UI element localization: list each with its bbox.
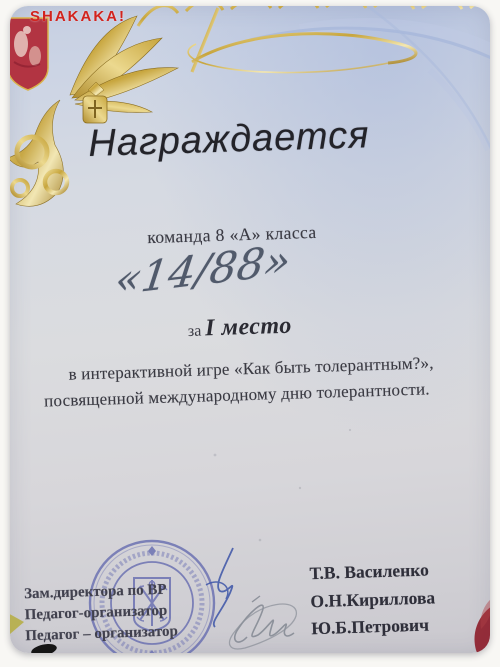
- signatory-name: Т.В. Василенко: [309, 556, 435, 587]
- certificate-paper: Награждается команда 8 «А» класса «14/88…: [10, 6, 490, 653]
- certificate-photo: Награждается команда 8 «А» класса «14/88…: [0, 0, 500, 667]
- signatory-name: Ю.Б.Петрович: [311, 611, 437, 642]
- watermark: SHAKAKA!: [30, 8, 126, 25]
- certificate-content: Награждается команда 8 «А» класса «14/88…: [10, 6, 490, 653]
- place-line: за I место: [10, 307, 480, 349]
- signatory-titles: Зам.директора по ВР Педагог-организатор …: [24, 579, 178, 647]
- signatory-title: Педагог – организатор: [25, 621, 178, 647]
- place-prefix: за: [188, 323, 202, 340]
- award-heading: Награждается: [10, 111, 464, 169]
- signatory-name: О.Н.Кириллова: [310, 584, 436, 615]
- place-value: I место: [205, 313, 292, 342]
- signatory-names: Т.В. Василенко О.Н.Кириллова Ю.Б.Петрови…: [309, 556, 436, 642]
